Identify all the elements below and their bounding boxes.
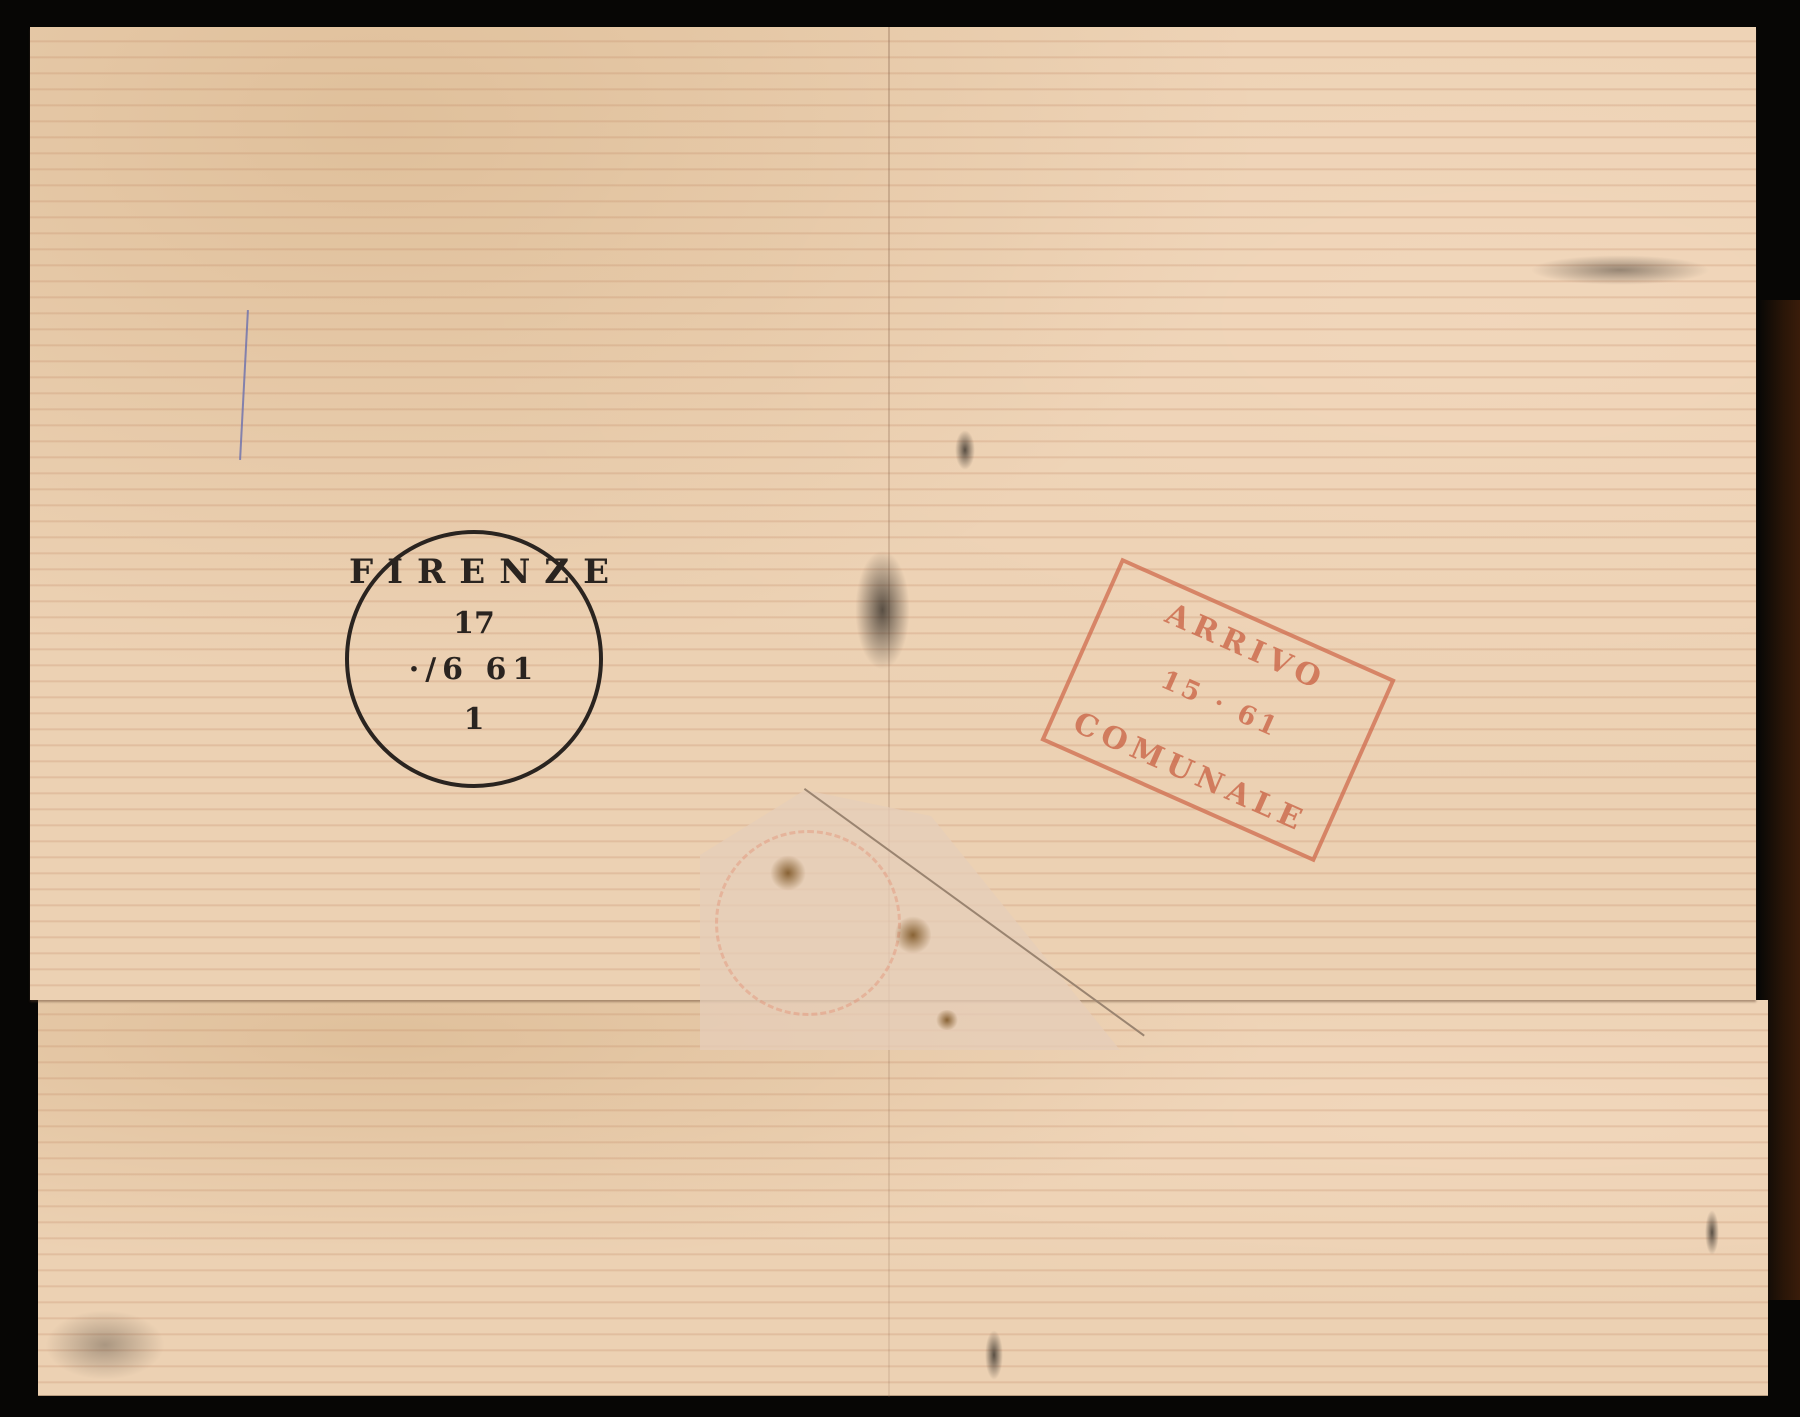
envelope-lower-panel (38, 1000, 1768, 1396)
postmark-day: 17 (349, 606, 599, 641)
ink-stain (935, 1010, 959, 1030)
postmark-town: FIRENZE (349, 552, 599, 592)
ink-smudge (45, 1310, 165, 1380)
postmark-date: ·/6 61 (349, 652, 599, 687)
postmark-number: 1 (349, 702, 599, 737)
ink-stain (770, 855, 806, 891)
ink-smudge (1530, 255, 1710, 285)
faint-red-postmark-trace (715, 830, 901, 1016)
black-circular-datestamp: FIRENZE 17 ·/6 61 1 (345, 530, 603, 788)
vertical-fold-line (888, 27, 890, 1397)
ink-smudge (955, 430, 975, 470)
ink-stain (895, 915, 931, 955)
ink-smudge (1705, 1210, 1719, 1255)
ink-smudge (855, 550, 910, 670)
ink-smudge (985, 1330, 1003, 1380)
